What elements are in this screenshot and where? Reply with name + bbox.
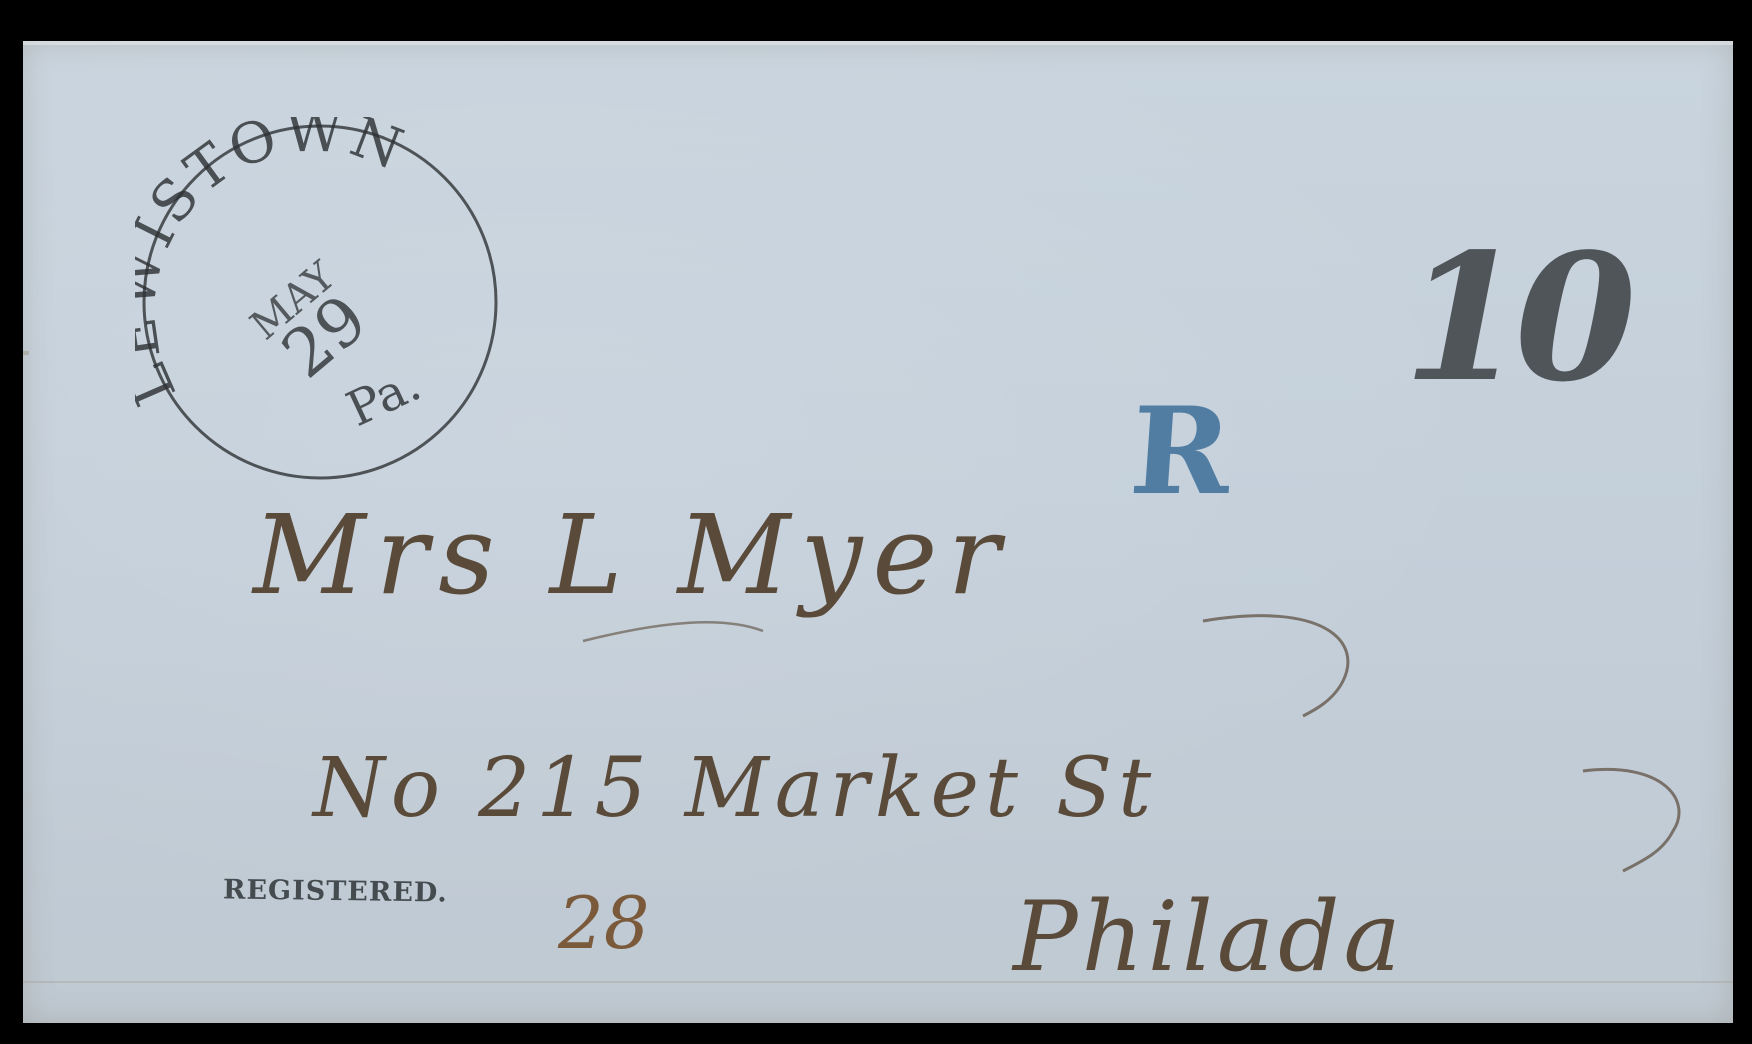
address-line-recipient: Mrs L Myer xyxy=(253,491,1010,619)
registry-r-marking: R xyxy=(1126,381,1236,522)
left-fold-mark xyxy=(23,351,29,355)
svg-text:LEWISTOWN: LEWISTOWN xyxy=(135,117,415,414)
postal-cover: LEWISTOWN Pa. MAY 29 R 10 REGISTERED. 28… xyxy=(23,41,1733,1023)
rate-handstamp: 10 xyxy=(1403,216,1627,421)
postmark-ring-icon: LEWISTOWN Pa. MAY 29 xyxy=(135,117,505,487)
top-fold-edge xyxy=(23,41,1733,45)
registered-handstamp: REGISTERED. xyxy=(223,874,448,908)
address-line-street: No 215 Market St xyxy=(313,741,1157,836)
postmark-town: LEWISTOWN xyxy=(135,117,415,414)
postmark-state: Pa. xyxy=(338,356,429,438)
address-line-city: Philada xyxy=(1013,881,1405,993)
bottom-fold-line xyxy=(23,981,1733,983)
circular-datestamp: LEWISTOWN Pa. MAY 29 xyxy=(135,117,505,487)
manuscript-rate: 28 xyxy=(558,881,650,965)
